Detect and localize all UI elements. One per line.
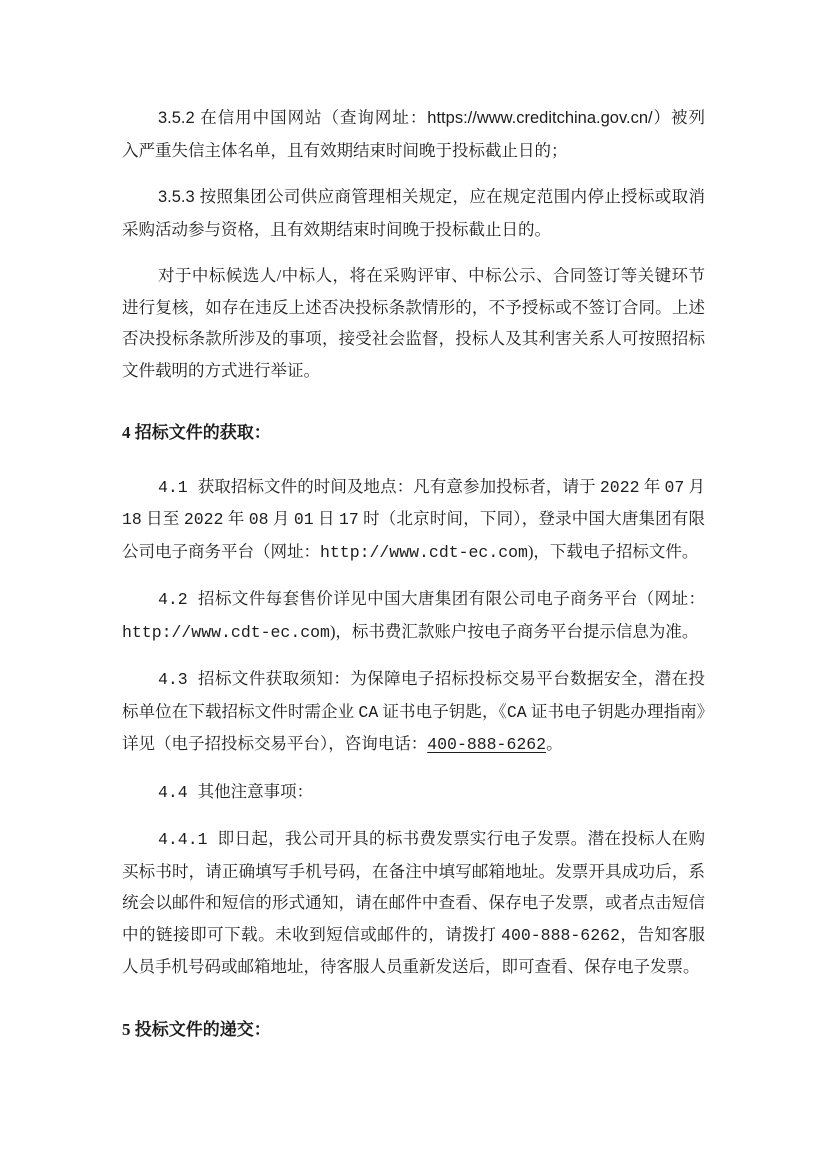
paragraph-3-5-3: 3.5.3 按照集团公司供应商管理相关规定，应在规定范围内停止授标或取消采购活动…	[122, 181, 705, 245]
date-month-start: 07	[665, 478, 685, 497]
date-month-end: 08	[249, 510, 269, 529]
heading-text: 4 招标文件的获取：	[122, 423, 271, 442]
section-heading-5: 5 投标文件的递交：	[122, 1014, 705, 1046]
paragraph-4-2: 4.2 招标文件每套售价详见中国大唐集团有限公司电子商务平台（网址：http:/…	[122, 583, 705, 648]
clause-number: 4.4.1	[158, 830, 218, 849]
date-year-end: 2022	[184, 510, 224, 529]
ca-certificate-label: CA	[358, 703, 378, 722]
paragraph-3-5-2: 3.5.2 在信用中国网站（查询网址：https://www.creditchi…	[122, 102, 705, 166]
clause-number: 4.2	[158, 590, 198, 609]
body-text: )，下载电子招标文件。	[528, 542, 699, 561]
body-text: 对于中标候选人/中标人，将在采购评审、中标公示、合同签订等关键环节进行复核，如存…	[122, 266, 705, 380]
body-text: 按照集团公司供应商管理相关规定，应在规定范围内停止授标或取消采购活动参与资格，且…	[122, 187, 705, 239]
date-hour-end: 17	[339, 510, 359, 529]
body-text: 日至	[142, 509, 184, 528]
section-heading-4: 4 招标文件的获取：	[122, 417, 705, 449]
date-year-start: 2022	[600, 478, 640, 497]
paragraph-4-4: 4.4 其他注意事项：	[122, 776, 705, 809]
body-text: 月	[269, 509, 294, 528]
date-day-end: 01	[294, 510, 314, 529]
url-cdt-ec: http://www.cdt-ec.com	[122, 623, 330, 642]
paragraph-4-4-1: 4.4.1 即日起，我公司开具的标书费发票实行电子发票。潜在投标人在购买标书时，…	[122, 823, 705, 983]
heading-text: 5 投标文件的递交：	[122, 1020, 271, 1039]
paragraph-4-1: 4.1 获取招标文件的时间及地点：凡有意参加投标者，请于 2022 年 07 月…	[122, 471, 705, 569]
clause-number: 4.1	[158, 478, 198, 497]
paragraph-4-3: 4.3 招标文件获取须知：为保障电子招标投标交易平台数据安全，潜在投标单位在下载…	[122, 663, 705, 761]
paragraph-review-note: 对于中标候选人/中标人，将在采购评审、中标公示、合同签订等关键环节进行复核，如存…	[122, 260, 705, 386]
body-text: 年	[640, 477, 665, 496]
body-text: 证书电子钥匙，《	[378, 702, 507, 721]
body-text: 月	[684, 477, 705, 496]
phone-number-hotline: 400-888-6262	[501, 926, 620, 945]
body-text: 招标文件每套售价详见中国大唐集团有限公司电子商务平台（网址：	[198, 589, 705, 608]
body-text: 其他注意事项：	[198, 782, 314, 801]
clause-number: 3.5.2	[158, 109, 200, 127]
body-text: 。	[546, 734, 563, 753]
phone-number-hotline: 400-888-6262	[427, 735, 546, 754]
clause-number: 4.3	[158, 670, 198, 689]
body-text: 年	[223, 509, 248, 528]
body-text: 日	[314, 509, 339, 528]
body-text: )，标书费汇款账户按电子商务平台提示信息为准。	[330, 622, 699, 641]
clause-number: 3.5.3	[158, 188, 200, 206]
url-creditchina: https://www.creditchina.gov.cn/	[427, 109, 652, 127]
ca-certificate-label: CA	[507, 703, 527, 722]
url-cdt-ec: http://www.cdt-ec.com	[320, 543, 528, 562]
body-text: 在信用中国网站（查询网址：	[200, 108, 427, 127]
body-text: 获取招标文件的时间及地点：凡有意参加投标者，请于	[198, 477, 600, 496]
document-page: 3.5.2 在信用中国网站（查询网址：https://www.creditchi…	[0, 0, 827, 1169]
clause-number: 4.4	[158, 783, 198, 802]
date-day-start: 18	[122, 510, 142, 529]
